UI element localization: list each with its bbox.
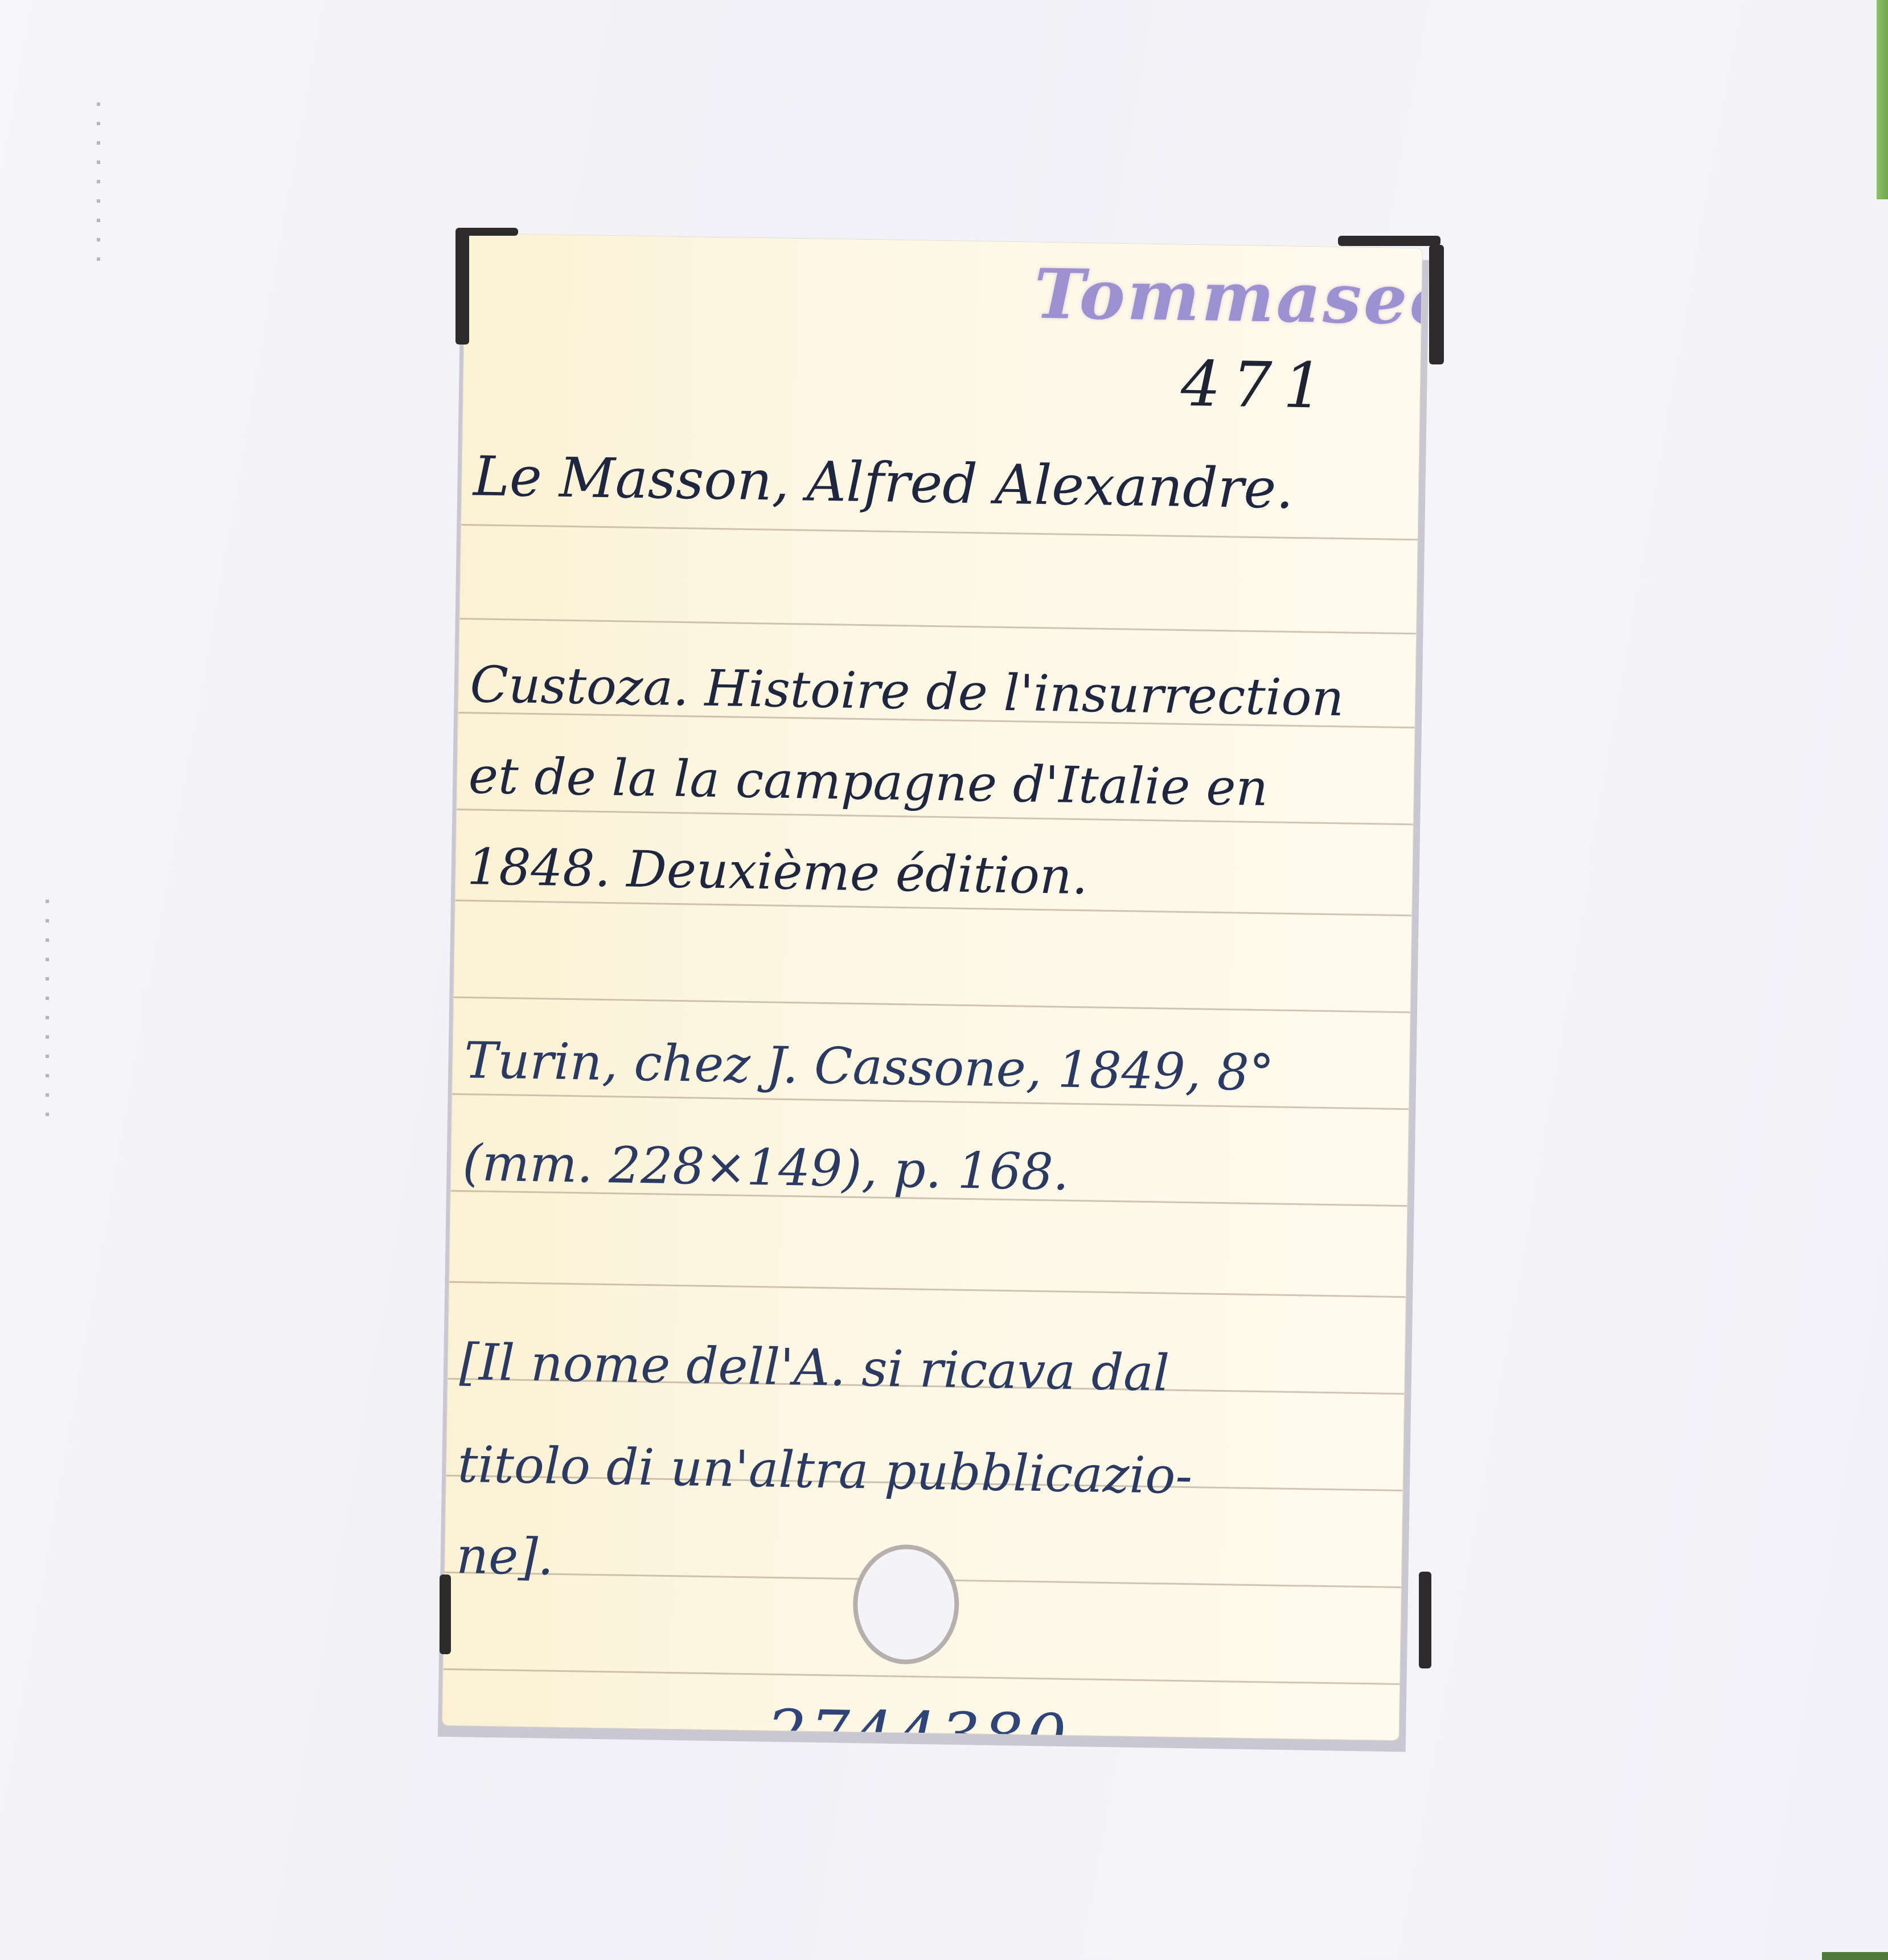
corner-clip-top-left (455, 231, 469, 345)
perforation-marks (97, 102, 100, 273)
catalogue-card: Tommaseo 471 Le Masson, Alfred Alexandre… (442, 233, 1422, 1740)
ruled-line (461, 524, 1418, 540)
perforation-marks (46, 900, 49, 1127)
ruled-line (454, 997, 1410, 1013)
author-heading: Le Masson, Alfred Alexandre. (473, 444, 1294, 521)
corner-clip-bottom-right (1419, 1572, 1431, 1668)
library-stamp: Tommaseo (1033, 254, 1422, 341)
corner-clip-top-right-tab (1338, 236, 1440, 246)
imprint-line: Turin, chez J. Cassone, 1849, 8° (463, 1031, 1274, 1102)
shelf-mark: 471 (1180, 347, 1335, 423)
corner-clip-top-right (1429, 245, 1444, 364)
edge-strip-bottom (1822, 1952, 1888, 1960)
imprint-line: (mm. 228×149), p. 168. (462, 1133, 1070, 1202)
ruled-line (459, 618, 1416, 634)
ruled-line (443, 1668, 1399, 1685)
edge-strip (1877, 0, 1888, 199)
note-line: [Il nome dell'A. si ricava dal (459, 1332, 1170, 1403)
title-line: 1848. Deuxième édition. (467, 837, 1089, 905)
ruled-line (449, 1281, 1406, 1298)
corner-clip-top-left-tab (455, 228, 518, 236)
note-line: ne]. (456, 1526, 555, 1586)
title-line: et de la la campagne d'Italie en (468, 746, 1269, 817)
punch-hole (852, 1544, 960, 1665)
note-line: titolo di un'altra pubblicazio- (457, 1435, 1193, 1505)
title-line: Custoza. Histoire de l'insurrection (470, 655, 1344, 727)
corner-clip-bottom-left (440, 1574, 451, 1654)
